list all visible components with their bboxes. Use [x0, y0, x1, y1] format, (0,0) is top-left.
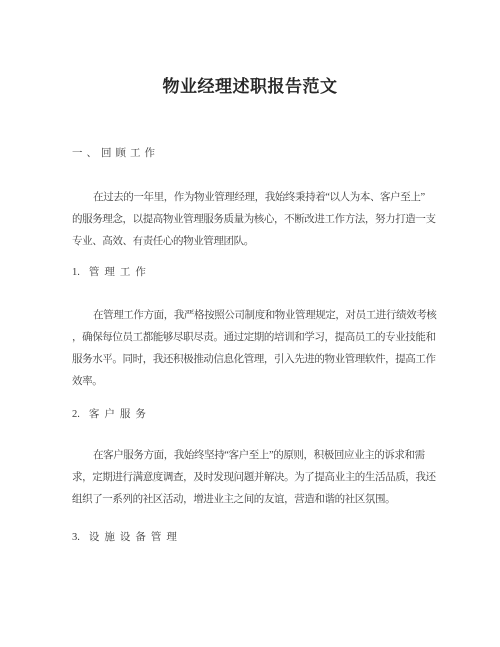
section-number: 2. — [72, 409, 80, 420]
paragraph-line: 服务水平。同时，我还积极推动信息化管理，引入先进的物业管理软件，提高工作 — [72, 349, 442, 371]
section-heading-review: 一、回顾工作 — [72, 147, 159, 161]
paragraph-line: 在管理工作方面，我严格按照公司制度和物业管理规定，对员工进行绩效考核 — [72, 305, 442, 327]
paragraph-line: ，确保每位员工都能够尽职尽责。通过定期的培训和学习，提高员工的专业技能和 — [72, 327, 442, 349]
paragraph-line: 在客户服务方面，我始终坚持“客户至上”的原则，积极回应业主的诉求和需 — [72, 445, 442, 467]
section-heading-facilities: 3.设施设备管理 — [72, 531, 182, 545]
section-heading-customer-service: 2.客户服务 — [72, 408, 151, 422]
section-heading-label: 管理工作 — [89, 267, 151, 278]
document-page: 物业经理述职报告范文 一、回顾工作 在过去的一年里，作为物业管理经理，我始终秉持… — [0, 0, 500, 647]
paragraph-line: 在过去的一年里，作为物业管理经理，我始终秉持着“以人为本、客户至上” — [72, 187, 442, 209]
paragraph-line: 专业、高效、有责任心的物业管理团队。 — [72, 231, 442, 253]
paragraph-customer-service: 在客户服务方面，我始终坚持“客户至上”的原则，积极回应业主的诉求和需 求，定期进… — [72, 445, 442, 511]
section-heading-label: 设施设备管理 — [89, 532, 182, 543]
paragraph-line: 效率。 — [72, 371, 442, 393]
document-title: 物业经理述职报告范文 — [0, 74, 500, 100]
section-number: 3. — [72, 532, 80, 543]
paragraph-line: 组织了一系列的社区活动，增进业主之间的友谊，营造和谐的社区氛围。 — [72, 489, 442, 511]
paragraph-line: 求，定期进行满意度调查，及时发现问题并解决。为了提高业主的生活品质，我还 — [72, 467, 442, 489]
paragraph-review: 在过去的一年里，作为物业管理经理，我始终秉持着“以人为本、客户至上” 的服务理念… — [72, 187, 442, 253]
section-heading-label: 客户服务 — [89, 409, 151, 420]
paragraph-line: 的服务理念，以提高物业管理服务质量为核心，不断改进工作方法，努力打造一支 — [72, 209, 442, 231]
section-number: 1. — [72, 267, 80, 278]
paragraph-management: 在管理工作方面，我严格按照公司制度和物业管理规定，对员工进行绩效考核 ，确保每位… — [72, 305, 442, 393]
section-heading-management: 1.管理工作 — [72, 266, 151, 280]
